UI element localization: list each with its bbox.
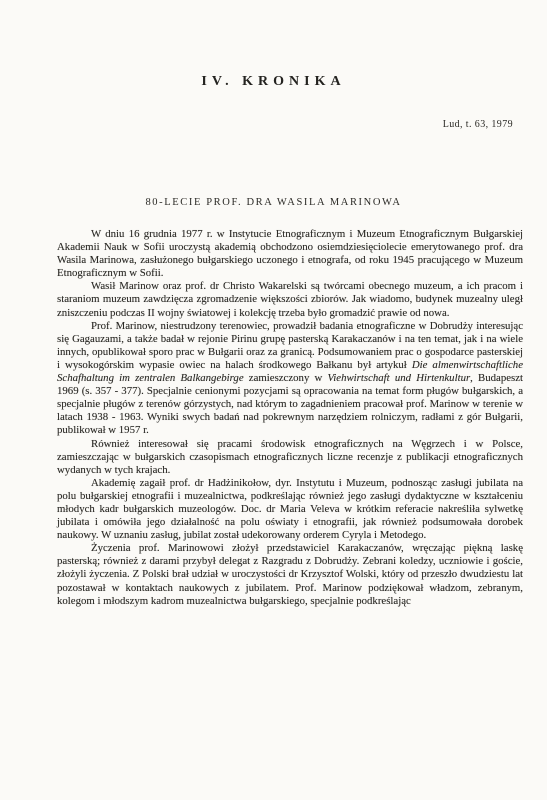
article-body: W dniu 16 grudnia 1977 r. w Instytucie E… — [57, 228, 523, 608]
text-run: Wasił Marinow oraz prof. dr Christo Waka… — [57, 280, 523, 318]
paragraph: Również interesował się pracami środowis… — [57, 438, 523, 477]
paragraph: Akademię zagaił prof. dr Hadżinikołow, d… — [57, 477, 523, 542]
paragraph: Prof. Marinow, niestrudzony terenowiec, … — [57, 320, 523, 438]
section-heading: IV. KRONIKA — [0, 74, 547, 90]
paragraph: Wasił Marinow oraz prof. dr Christo Waka… — [57, 280, 523, 319]
italic-run: Viehwirtschaft und Hirtenkultur — [327, 372, 470, 384]
text-run: zamieszczony w — [244, 372, 328, 384]
paragraph: Życzenia prof. Marinowowi złożył przedst… — [57, 542, 523, 607]
text-run: W dniu 16 grudnia 1977 r. w Instytucie E… — [57, 228, 523, 279]
text-run: Akademię zagaił prof. dr Hadżinikołow, d… — [57, 477, 523, 541]
text-run: Życzenia prof. Marinowowi złożył przedst… — [57, 542, 523, 606]
article-title: 80-LECIE PROF. DRA WASILA MARINOWA — [0, 197, 547, 208]
text-run: Również interesował się pracami środowis… — [57, 438, 523, 476]
journal-reference: Lud, t. 63, 1979 — [443, 119, 513, 130]
paragraph: W dniu 16 grudnia 1977 r. w Instytucie E… — [57, 228, 523, 280]
journal-page: IV. KRONIKA Lud, t. 63, 1979 80-LECIE PR… — [0, 0, 547, 800]
